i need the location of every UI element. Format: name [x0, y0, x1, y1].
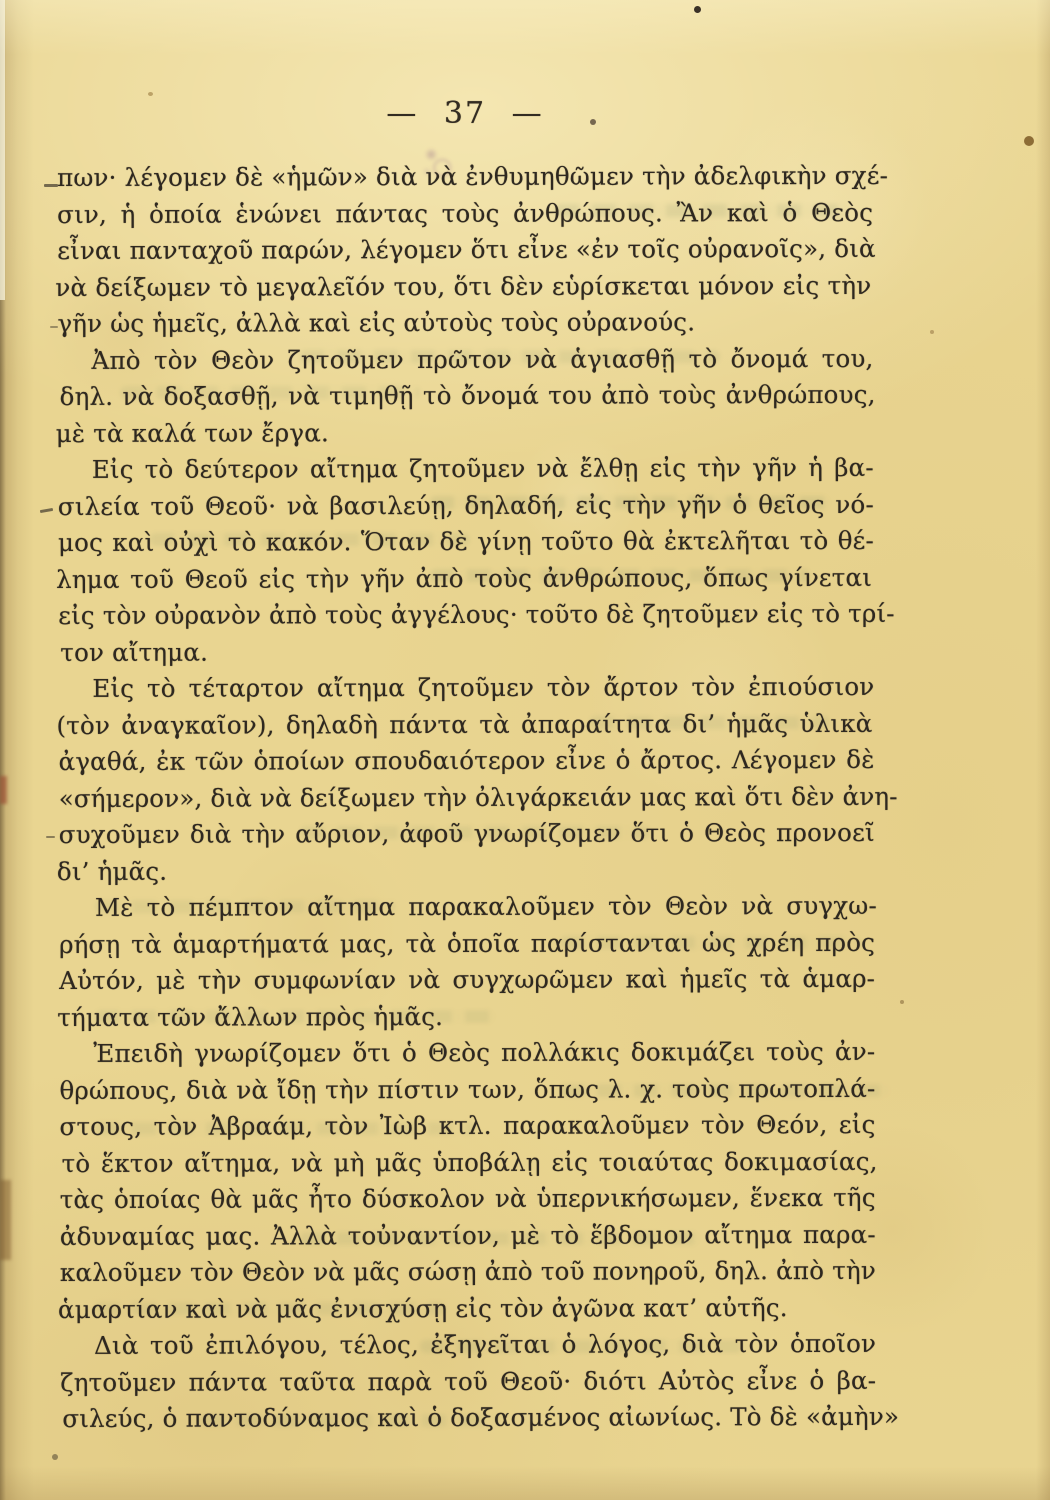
- text-line: στους, τὸν Ἀβραάμ, τὸν Ἰὼβ κτλ. παρακαλο…: [59, 1107, 875, 1146]
- stray-hyphen-mark: [46, 836, 55, 838]
- text-line: εἰς τὸν οὐρανὸν ἀπὸ τοὺς ἀγγέλους· τοῦτο…: [58, 596, 874, 635]
- text-line: μὲ τὰ καλά των ἔργα.: [56, 413, 872, 452]
- text-line: «σήμερον», διὰ νὰ δείξωμεν τὴν ὀλιγάρκει…: [59, 778, 875, 817]
- scanned-book-page: — 37 — πων· λέγομεν δὲ «ἡμῶν» διὰ νὰ ἐνθ…: [0, 0, 1050, 1500]
- text-line: ἁμαρτίαν καὶ νὰ μᾶς ἐνισχύσῃ εἰς τὸν ἀγῶ…: [58, 1289, 874, 1328]
- text-line: συχοῦμεν διὰ τὴν αὔριον, ἀφοῦ γνωρίζομεν…: [59, 815, 875, 854]
- text-line: σιλεία τοῦ Θεοῦ· νὰ βασιλεύῃ, δηλαδή, εἰ…: [58, 486, 874, 525]
- stray-tilde-mark: [40, 508, 53, 513]
- paper-speck: [900, 1000, 904, 1004]
- gutter-stain: [0, 1180, 11, 1260]
- text-line: Διὰ τοῦ ἐπιλόγου, τέλος, ἐξηγεῖται ὁ λόγ…: [60, 1326, 876, 1365]
- text-line: ζητοῦμεν πάντα ταῦτα παρὰ τοῦ Θεοῦ· διότ…: [60, 1362, 876, 1401]
- text-line: Ἐπειδὴ γνωρίζομεν ὅτι ὁ Θεὸς πολλάκις δο…: [59, 1034, 875, 1073]
- text-line: γῆν ὡς ἡμεῖς, ἀλλὰ καὶ εἰς αὐτοὺς τοὺς ο…: [57, 304, 873, 343]
- paper-speck: [52, 1454, 58, 1460]
- text-line: (τὸν ἀναγκαῖον), δηλαδὴ πάντα τὰ ἀπαραίτ…: [56, 705, 872, 744]
- text-line: καλοῦμεν τὸν Θεὸν νὰ μᾶς σώσῃ ἀπὸ τοῦ πο…: [60, 1253, 876, 1292]
- text-line: θρώπους, διὰ νὰ ἴδῃ τὴν πίστιν των, ὅπως…: [59, 1070, 875, 1109]
- stray-hyphen-mark: [44, 184, 58, 187]
- text-line: ἀγαθά, ἐκ τῶν ὁποίων σπουδαιότερον εἶνε …: [59, 742, 875, 781]
- text-line: δηλ. νὰ δοξασθῇ, νὰ τιμηθῇ τὸ ὄνομά του …: [60, 377, 876, 416]
- paper-speck: [930, 330, 934, 334]
- text-line: λημα τοῦ Θεοῦ εἰς τὴν γῆν ἀπὸ τοὺς ἀνθρώ…: [56, 559, 872, 598]
- page-number: — 37 —: [57, 96, 873, 131]
- text-line: ἀδυναμίας μας. Ἀλλὰ τοὐναντίον, μὲ τὸ ἕβ…: [60, 1216, 876, 1255]
- ink-speck: [694, 6, 701, 13]
- paper-speck: [1024, 136, 1034, 146]
- text-block: πων· λέγομεν δὲ «ἡμῶν» διὰ νὰ ἐνθυμηθῶμε…: [57, 158, 876, 1438]
- text-line: νὰ δείξωμεν τὸ μεγαλεῖόν του, ὅτι δὲν εὑ…: [55, 267, 871, 306]
- text-line: Μὲ τὸ πέμπτον αἴτημα παρακαλοῦμεν τὸν Θε…: [61, 888, 877, 927]
- text-line: τήματα τῶν ἄλλων πρὸς ἡμᾶς.: [57, 997, 873, 1036]
- text-line: τον αἴτημα.: [60, 632, 876, 671]
- text-line: Αὐτόν, μὲ τὴν συμφωνίαν νὰ συγχωρῶμεν κα…: [59, 961, 875, 1000]
- gutter-stain: [0, 776, 7, 804]
- text-line: Εἰς τὸ δεύτερον αἴτημα ζητοῦμεν νὰ ἔλθῃ …: [58, 450, 874, 489]
- text-line: εἶναι πανταχοῦ παρών, λέγομεν ὅτι εἶνε «…: [57, 231, 873, 270]
- text-line: τὸ ἕκτον αἴτημα, νὰ μὴ μᾶς ὑποβάλῃ εἰς τ…: [62, 1143, 878, 1182]
- text-line: τὰς ὁποίας θὰ μᾶς ἦτο δύσκολον νὰ ὑπερνι…: [60, 1180, 876, 1219]
- text-line: Εἰς τὸ τέταρτον αἴτημα ζητοῦμεν τὸν ἄρτο…: [58, 669, 874, 708]
- text-line: δι’ ἡμᾶς.: [57, 851, 873, 890]
- scan-edge-sliver: [0, 0, 5, 300]
- text-line: ρήσῃ τὰ ἁμαρτήματά μας, τὰ ὁποῖα παρίστα…: [59, 924, 875, 963]
- text-line: σιλεύς, ὁ παντοδύναμος καὶ ὁ δοξασμένος …: [62, 1399, 878, 1438]
- text-line: Ἀπὸ τὸν Θεὸν ζητοῦμεν πρῶτον νὰ ἁγιασθῇ …: [57, 340, 873, 379]
- text-line: σιν, ἡ ὁποία ἑνώνει πάντας τοὺς ἀνθρώπου…: [57, 194, 873, 233]
- text-line: μος καὶ οὐχὶ τὸ κακόν. Ὅταν δὲ γίνῃ τοῦτ…: [58, 523, 874, 562]
- text-line: πων· λέγομεν δὲ «ἡμῶν» διὰ νὰ ἐνθυμηθῶμε…: [57, 158, 873, 197]
